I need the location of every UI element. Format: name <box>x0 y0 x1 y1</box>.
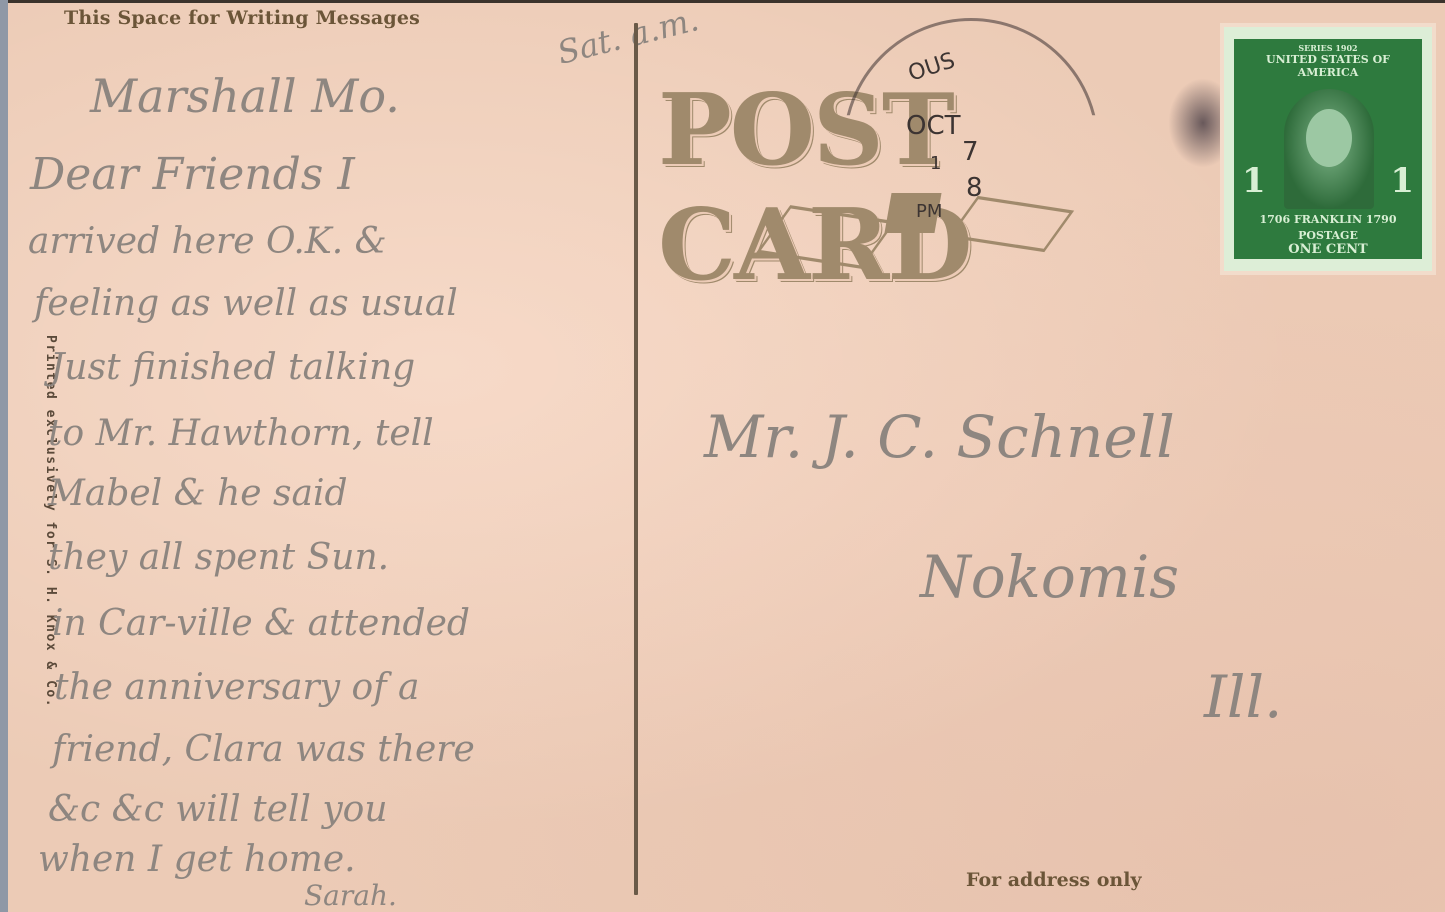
portrait-face-icon <box>1306 109 1352 167</box>
postmark-day: 7 <box>962 137 979 167</box>
message-line: in Car-ville & attended <box>52 603 470 644</box>
message-line: when I get home. <box>38 839 356 880</box>
stamp-name: FRANKLIN <box>1294 213 1362 226</box>
stamp-born: 1706 <box>1260 213 1291 226</box>
message-line: friend, Clara was there <box>52 729 475 770</box>
message-line: feeling as well as usual <box>34 283 458 324</box>
message-line: to Mr. Hawthorn, tell <box>48 413 434 454</box>
address-state: Ill. <box>1204 663 1282 731</box>
stamp-numeral-left: 1 <box>1242 161 1266 201</box>
address-name: Mr. J. C. Schnell <box>704 403 1175 471</box>
message-line: arrived here O.K. & <box>28 221 387 262</box>
message-line: Mabel & he said <box>48 473 348 514</box>
stamp-value: ONE CENT <box>1234 242 1422 257</box>
center-divider-line <box>634 23 638 895</box>
postmark-year: 8 <box>966 173 983 203</box>
message-space-header: This Space for Writing Messages <box>64 7 420 29</box>
address-city: Nokomis <box>920 543 1179 611</box>
message-line: Just finished talking <box>50 347 415 388</box>
postmark-suffix: PM <box>916 201 942 222</box>
stamp-series: SERIES 1902 <box>1234 39 1422 53</box>
stamp-name-line: 1706 FRANKLIN 1790 <box>1234 213 1422 226</box>
franklin-portrait-icon <box>1284 89 1374 209</box>
postmark-month: OCT <box>906 111 961 141</box>
postcard-back: This Space for Writing Messages Sat. a.m… <box>8 0 1445 912</box>
postmark-time: 1 <box>930 153 941 174</box>
stamp-died: 1790 <box>1366 213 1397 226</box>
stamp-country-line2: AMERICA <box>1234 66 1422 79</box>
message-line: Dear Friends I <box>30 149 355 200</box>
message-line: they all spent Sun. <box>48 537 389 578</box>
postage-stamp: SERIES 1902 UNITED STATES OF AMERICA 1 1… <box>1224 27 1432 271</box>
handwritten-top-note: Sat. a.m. <box>554 0 703 72</box>
address-space-footer: For address only <box>966 869 1141 891</box>
stamp-label: POSTAGE <box>1234 229 1422 242</box>
stamp-numeral-right: 1 <box>1390 161 1414 201</box>
message-line: Marshall Mo. <box>90 69 400 123</box>
stamp-country-line1: UNITED STATES OF <box>1234 53 1422 66</box>
message-signature: Sarah. <box>304 879 397 912</box>
message-line: &c &c will tell you <box>48 789 388 830</box>
stamp-design: SERIES 1902 UNITED STATES OF AMERICA 1 1… <box>1234 39 1422 259</box>
message-line: the anniversary of a <box>54 667 419 708</box>
